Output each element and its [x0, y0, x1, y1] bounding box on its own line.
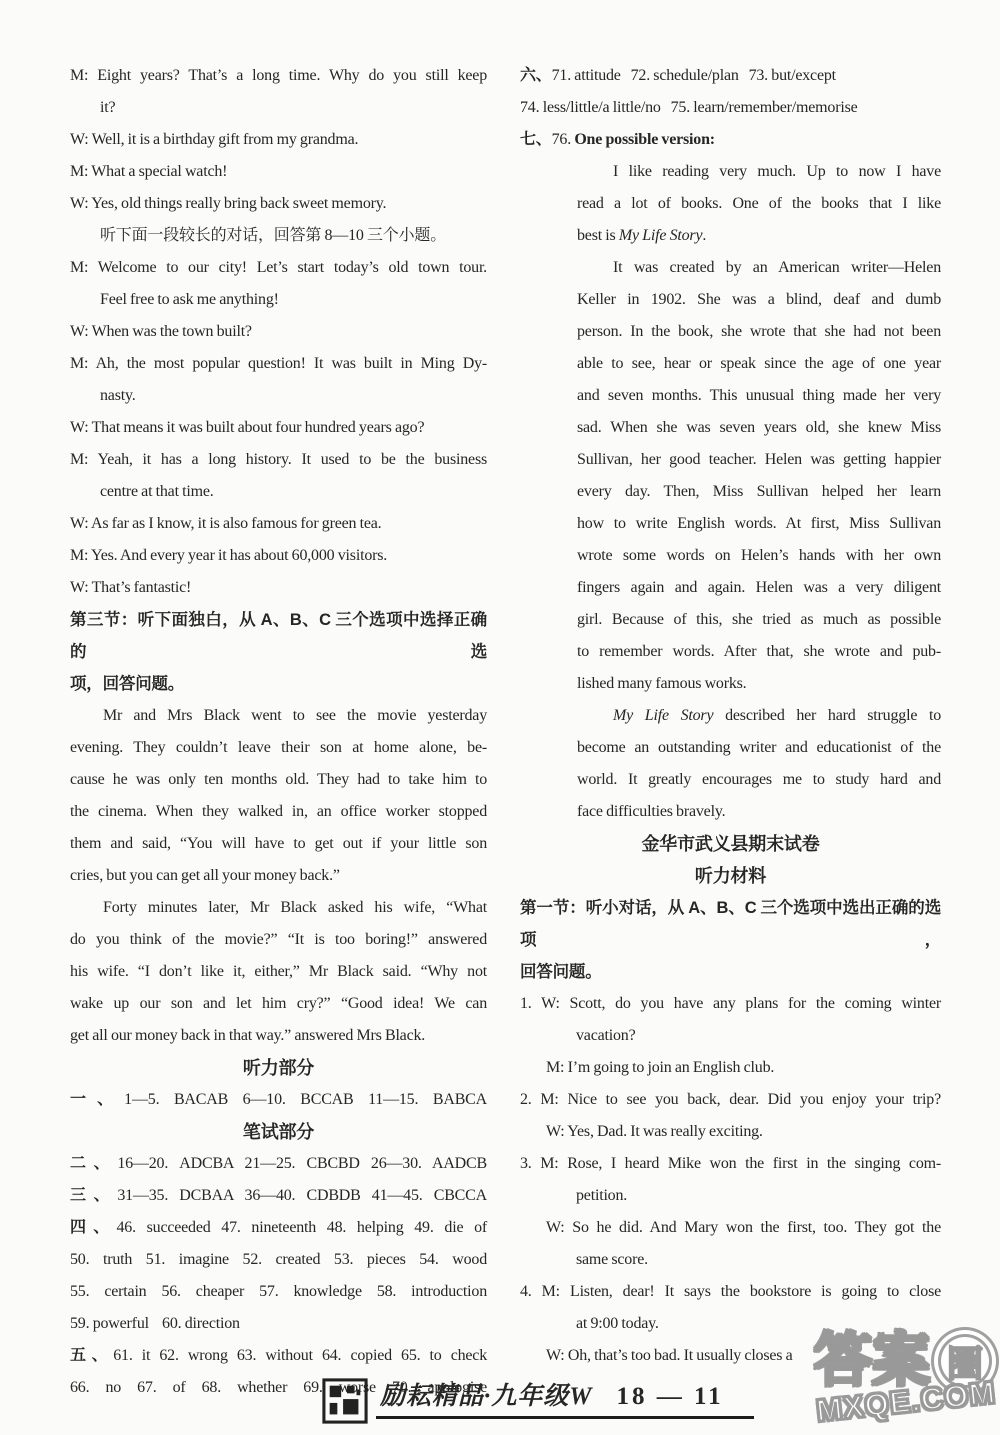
text-line: able to see, hear or speak since the age…: [520, 348, 941, 380]
left-column: M: Eight years? That’s a long time. Why …: [70, 60, 487, 1404]
text-line: 听下面一段较长的对话，回答第 8—10 三个小题。: [70, 220, 487, 252]
text-line: M: Yeah, it has a long history. It used …: [70, 444, 487, 476]
text-line: M: What a special watch!: [70, 156, 487, 188]
text-line: My Life Story described her hard struggl…: [520, 700, 941, 732]
text-line: M: Welcome to our city! Let’s start toda…: [70, 252, 487, 284]
text-line: his wife. “I don’t like it, either,” Mr …: [70, 956, 487, 988]
text-line: 回答问题。: [520, 956, 941, 988]
text-line: and seven months. This unusual thing mad…: [520, 380, 941, 412]
text-line: 第一节：听小对话，从 A、B、C 三个选项中选出正确的选项，: [520, 892, 941, 956]
text-line: it?: [70, 92, 487, 124]
text-line: same score.: [520, 1244, 941, 1276]
text-line: 4. M: Listen, dear! It says the bookstor…: [520, 1276, 941, 1308]
text-line: W: That means it was built about four hu…: [70, 412, 487, 444]
text-line: 59. powerful 60. direction: [70, 1308, 487, 1340]
text-line: W: So he did. And Mary won the first, to…: [520, 1212, 941, 1244]
text-line: become an outstanding writer and educati…: [520, 732, 941, 764]
text-line: cause he was only ten months old. They h…: [70, 764, 487, 796]
text-line: 笔试部分: [70, 1116, 487, 1148]
text-line: M: I’m going to join an English club.: [520, 1052, 941, 1084]
text-line: W: When was the town built?: [70, 316, 487, 348]
qr-code-icon: [322, 1378, 368, 1424]
brand-name: 励耘精品·九年级W: [380, 1383, 592, 1410]
right-column: 六、71. attitude 72. schedule/plan 73. but…: [520, 60, 941, 1372]
text-line: evening. They couldn’t leave their son a…: [70, 732, 487, 764]
text-line: sad. When she was seven years old, she k…: [520, 412, 941, 444]
text-line: I like reading very much. Up to now I ha…: [520, 156, 941, 188]
footer-brand: 励耘精品·九年级W18 — 11: [376, 1376, 754, 1419]
text-line: 四、46. succeeded 47. nineteenth 48. helpi…: [70, 1212, 487, 1244]
text-line: 三、31—35. DCBAA 36—40. CDBDB 41—45. CBCCA: [70, 1180, 487, 1212]
text-line: best is My Life Story.: [520, 220, 941, 252]
text-line: cries, but you can get all your money ba…: [70, 860, 487, 892]
text-line: world. It greatly encourages me to study…: [520, 764, 941, 796]
text-line: wake up our son and let him cry?” “Good …: [70, 988, 487, 1020]
text-line: them and said, “You will have to get out…: [70, 828, 487, 860]
text-line: person. In the book, she wrote that she …: [520, 316, 941, 348]
text-line: nasty.: [70, 380, 487, 412]
text-line: W: Yes, old things really bring back swe…: [70, 188, 487, 220]
text-line: petition.: [520, 1180, 941, 1212]
text-line: 七、76. One possible version:: [520, 124, 941, 156]
text-line: 金华市武义县期末试卷: [520, 828, 941, 860]
page-footer: 励耘精品·九年级W18 — 11: [322, 1376, 754, 1424]
text-line: 项，回答问题。: [70, 668, 487, 700]
text-line: 2. M: Nice to see you back, dear. Did yo…: [520, 1084, 941, 1116]
text-line: get all our money back in that way.” ans…: [70, 1020, 487, 1052]
text-line: 一、1—5. BACAB 6—10. BCCAB 11—15. BABCA: [70, 1084, 487, 1116]
text-line: M: Eight years? That’s a long time. Why …: [70, 60, 487, 92]
text-line: lished many famous works.: [520, 668, 941, 700]
text-line: Keller in 1902. She was a blind, deaf an…: [520, 284, 941, 316]
text-line: 50. truth 51. imagine 52. created 53. pi…: [70, 1244, 487, 1276]
text-line: face difficulties bravely.: [520, 796, 941, 828]
text-line: W: Well, it is a birthday gift from my g…: [70, 124, 487, 156]
text-line: 五、61. it 62. wrong 63. without 64. copie…: [70, 1340, 487, 1372]
text-line: 第三节：听下面独白，从 A、B、C 三个选项中选择正确的选: [70, 604, 487, 668]
text-line: 二、16—20. ADCBA 21—25. CBCBD 26—30. AADCB: [70, 1148, 487, 1180]
text-line: W: Yes, Dad. It was really exciting.: [520, 1116, 941, 1148]
text-line: girl. Because of this, she tried as much…: [520, 604, 941, 636]
text-line: 74. less/little/a little/no 75. learn/re…: [520, 92, 941, 124]
text-line: 六、71. attitude 72. schedule/plan 73. but…: [520, 60, 941, 92]
text-line: W: As far as I know, it is also famous f…: [70, 508, 487, 540]
text-line: Feel free to ask me anything!: [70, 284, 487, 316]
text-line: to remember words. After that, she wrote…: [520, 636, 941, 668]
text-line: Forty minutes later, Mr Black asked his …: [70, 892, 487, 924]
text-line: every day. Then, Miss Sullivan helped he…: [520, 476, 941, 508]
text-line: fingers again and again. Helen was a ver…: [520, 572, 941, 604]
text-line: read a lot of books. One of the books th…: [520, 188, 941, 220]
scanned-answer-page: M: Eight years? That’s a long time. Why …: [0, 0, 1000, 1435]
text-line: do you think of the movie?” “It is too b…: [70, 924, 487, 956]
page-number: 18 — 11: [616, 1383, 723, 1410]
text-line: 1. W: Scott, do you have any plans for t…: [520, 988, 941, 1020]
text-line: 听力材料: [520, 860, 941, 892]
text-line: wrote some words on Helen’s hands with h…: [520, 540, 941, 572]
text-line: Mr and Mrs Black went to see the movie y…: [70, 700, 487, 732]
text-line: centre at that time.: [70, 476, 487, 508]
text-line: how to write English words. At first, Mi…: [520, 508, 941, 540]
text-line: M: Yes. And every year it has about 60,0…: [70, 540, 487, 572]
text-line: It was created by an American writer—Hel…: [520, 252, 941, 284]
text-line: W: That’s fantastic!: [70, 572, 487, 604]
text-line: 55. certain 56. cheaper 57. knowledge 58…: [70, 1276, 487, 1308]
text-line: the cinema. When they walked in, an offi…: [70, 796, 487, 828]
text-line: 3. M: Rose, I heard Mike won the first i…: [520, 1148, 941, 1180]
text-line: vacation?: [520, 1020, 941, 1052]
text-line: 听力部分: [70, 1052, 487, 1084]
text-line: Sullivan, her good teacher. Helen was ge…: [520, 444, 941, 476]
text-line: M: Ah, the most popular question! It was…: [70, 348, 487, 380]
